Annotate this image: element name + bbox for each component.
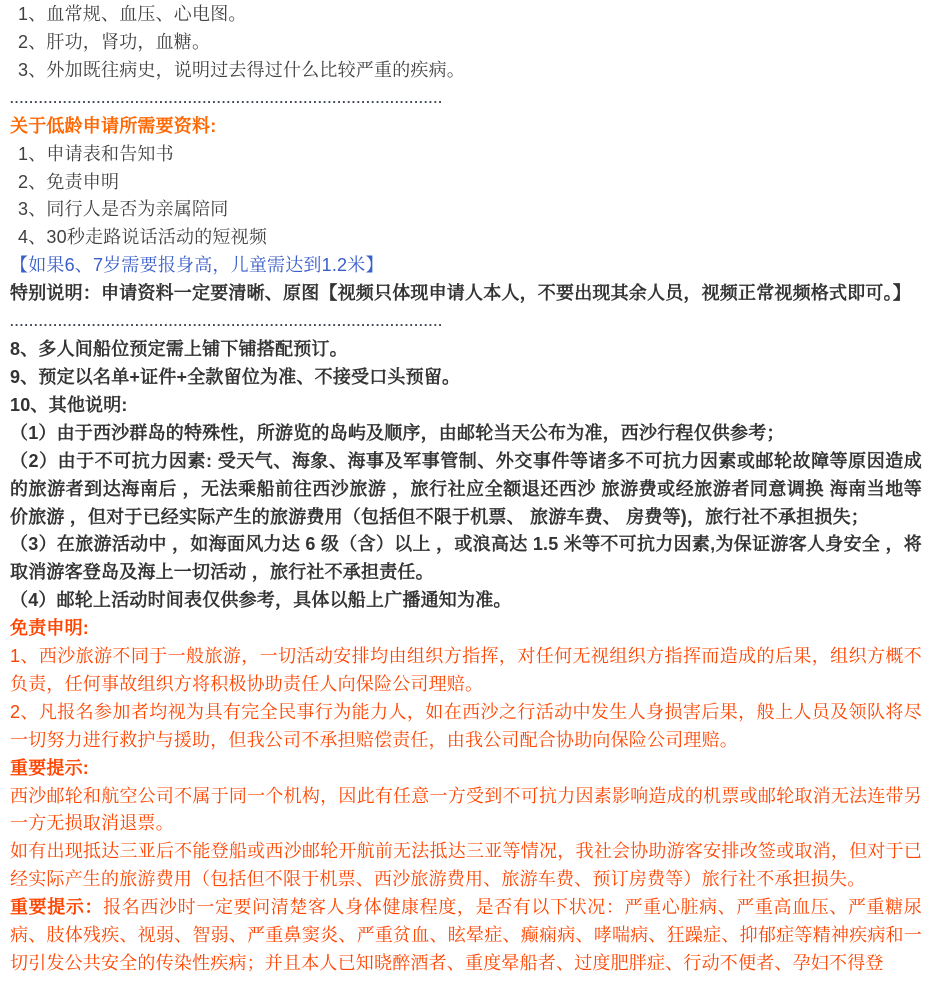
medical-requirement-item-3: 3、外加既往病史，说明过去得过什么比较严重的疾病。 [10, 57, 922, 85]
booking-subnote-4: （4）邮轮上活动时间表仅供参考，具体以船上广播通知为准。 [10, 587, 922, 615]
low-age-item-1: 1、申请表和告知书 [10, 141, 922, 169]
booking-note-8: 8、多人间船位预定需上铺下铺搭配预订。 [10, 336, 922, 364]
low-age-section-title: 关于低龄申请所需要资料: [10, 113, 922, 141]
disclaimer-item-1: 1、西沙旅游不同于一般旅游，一切活动安排均由组织方指挥，对任何无视组织方指挥而造… [10, 643, 922, 699]
important-notice-health: 重要提示：报名西沙时一定要问清楚客人身体健康程度，是否有以下状况：严重心脏病、严… [10, 894, 922, 978]
low-age-item-3: 3、同行人是否为亲属陪同 [10, 196, 922, 224]
medical-requirement-item-2: 2、肝功，肾功，血糖。 [10, 29, 922, 57]
booking-subnote-1: （1）由于西沙群岛的特殊性，所游览的岛屿及顺序，由邮轮当天公布为准，西沙行程仅供… [10, 420, 922, 448]
height-requirement-note: 【如果6、7岁需要报身高，儿童需达到1.2米】 [10, 252, 922, 280]
dotted-separator: ........................................… [10, 85, 922, 113]
important-notice-title: 重要提示: [10, 755, 922, 783]
disclaimer-title: 免责申明: [10, 615, 922, 643]
low-age-item-4: 4、30秒走路说话活动的短视频 [10, 224, 922, 252]
dotted-separator: ........................................… [10, 308, 922, 336]
important-notice-paragraph-1: 西沙邮轮和航空公司不属于同一个机构，因此有任意一方受到不可抗力因素影响造成的机票… [10, 783, 922, 839]
booking-note-9: 9、预定以名单+证件+全款留位为准、不接受口头预留。 [10, 364, 922, 392]
medical-requirement-item-1: 1、血常规、血压、心电图。 [10, 1, 922, 29]
low-age-item-2: 2、免责申明 [10, 169, 922, 197]
document-body: 1、血常规、血压、心电图。 2、肝功，肾功，血糖。 3、外加既往病史，说明过去得… [0, 0, 930, 978]
important-notice-paragraph-2: 如有出现抵达三亚后不能登船或西沙邮轮开航前无法抵达三亚等情况，我社会协助游客安排… [10, 838, 922, 894]
important-notice-health-text: 报名西沙时一定要问清楚客人身体健康程度，是否有以下状况：严重心脏病、严重高血压、… [10, 897, 922, 973]
important-notice-health-label: 重要提示： [10, 897, 103, 917]
booking-subnote-3: （3）在旅游活动中 ，如海面风力达 6 级（含）以上 ，或浪高达 1.5 米等不… [10, 531, 922, 587]
booking-subnote-2: （2）由于不可抗力因素: 受天气、海象、海事及军事管制、外交事件等诸多不可抗力因… [10, 448, 922, 532]
disclaimer-item-2: 2、凡报名参加者均视为具有完全民事行为能力人，如在西沙之行活动中发生人身损害后果… [10, 699, 922, 755]
booking-note-10: 10、其他说明: [10, 392, 922, 420]
special-instruction-note: 特别说明：申请资料一定要清晰、原图【视频只体现申请人本人，不要出现其余人员，视频… [10, 280, 922, 308]
